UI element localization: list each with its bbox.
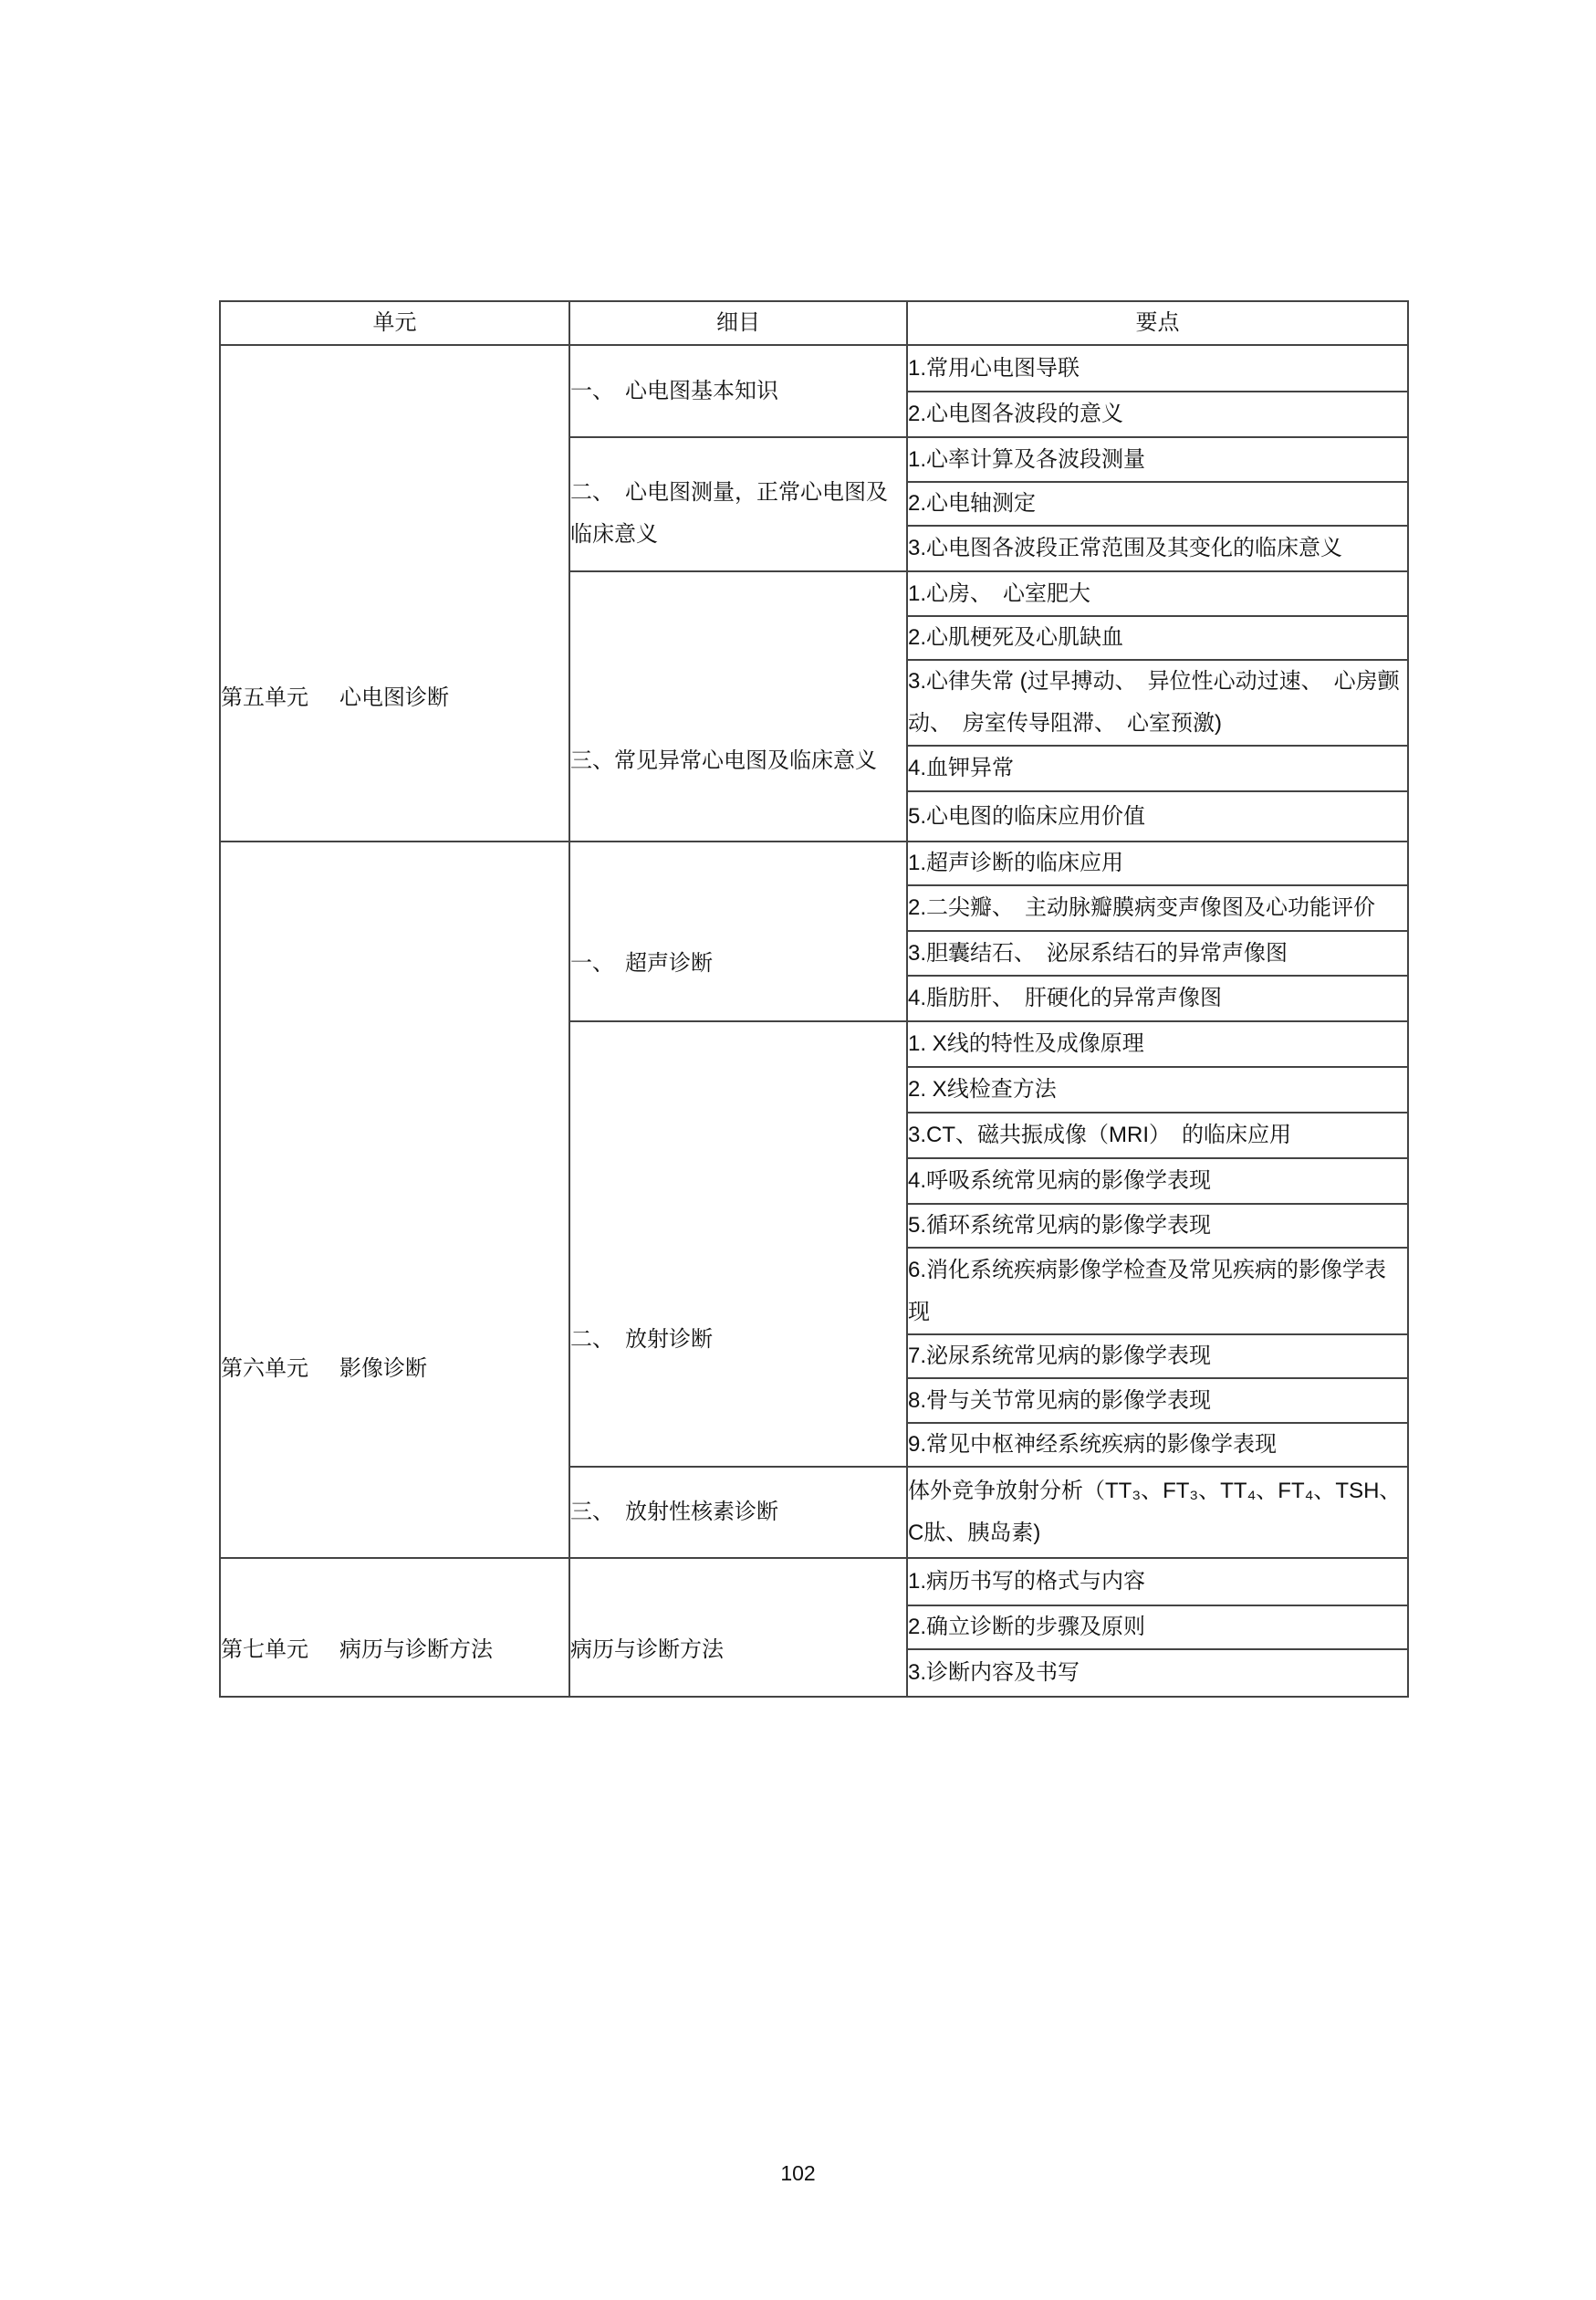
point-cell: 5.心电图的临床应用价值 <box>907 791 1408 842</box>
point-cell: 1.常用心电图导联 <box>907 345 1408 392</box>
item-cell: 病历与诊断方法 <box>569 1558 907 1697</box>
point-cell: 1.超声诊断的临床应用 <box>907 842 1408 885</box>
point-cell: 1.心房、 心室肥大 <box>907 571 1408 616</box>
point-cell: 4.脂肪肝、 肝硬化的异常声像图 <box>907 976 1408 1021</box>
point-cell: 3.心律失常 (过早搏动、 异位性心动过速、 心房颤动、 房室传导阻滞、 心室预… <box>907 660 1408 746</box>
unit-5-cell: 第五单元心电图诊断 <box>220 345 569 842</box>
point-cell: 1.病历书写的格式与内容 <box>907 1558 1408 1605</box>
point-cell: 7.泌尿系统常见病的影像学表现 <box>907 1334 1408 1378</box>
page-number: 102 <box>0 2161 1596 2186</box>
document-page: 单元 细目 要点 第五单元心电图诊断 一、 心电图基本知识 1.常用心电图导联 … <box>0 0 1596 2300</box>
item-label: 二、 放射诊断 <box>570 1319 906 1361</box>
item-cell: 一、 心电图基本知识 <box>569 345 907 437</box>
item-cell: 一、 超声诊断 <box>569 842 907 1021</box>
point-cell: 3.诊断内容及书写 <box>907 1649 1408 1697</box>
item-cell: 三、 放射性核素诊断 <box>569 1467 907 1558</box>
header-row: 单元 细目 要点 <box>220 301 1408 345</box>
point-cell: 3.CT、磁共振成像（MRI） 的临床应用 <box>907 1113 1408 1158</box>
item-label: 二、 心电图测量，正常心电图及临床意义 <box>570 472 906 556</box>
point-cell: 1.心率计算及各波段测量 <box>907 437 1408 482</box>
table-row: 第六单元影像诊断 一、 超声诊断 1.超声诊断的临床应用 <box>220 842 1408 885</box>
unit-6-cell: 第六单元影像诊断 <box>220 842 569 1558</box>
item-label: 一、 心电图基本知识 <box>570 371 906 413</box>
point-cell: 8.骨与关节常见病的影像学表现 <box>907 1378 1408 1423</box>
unit-number: 第七单元 <box>221 1637 308 1662</box>
item-label: 一、 超声诊断 <box>570 943 906 985</box>
item-cell: 二、 放射诊断 <box>569 1021 907 1467</box>
point-cell: 3.心电图各波段正常范围及其变化的临床意义 <box>907 526 1408 571</box>
unit-7-cell: 第七单元病历与诊断方法 <box>220 1558 569 1697</box>
point-cell: 2.心电轴测定 <box>907 482 1408 526</box>
unit-number: 第六单元 <box>221 1356 308 1381</box>
item-cell: 三、常见异常心电图及临床意义 <box>569 571 907 842</box>
point-cell: 2.二尖瓣、 主动脉瓣膜病变声像图及心功能评价 <box>907 885 1408 931</box>
point-cell: 4.血钾异常 <box>907 746 1408 791</box>
point-cell: 3.胆囊结石、 泌尿系结石的异常声像图 <box>907 931 1408 976</box>
point-cell: 体外竞争放射分析（TT₃、FT₃、TT₄、FT₄、TSH、C肽、胰岛素) <box>907 1467 1408 1558</box>
unit-title: 影像诊断 <box>339 1356 427 1381</box>
unit-number: 第五单元 <box>221 685 308 710</box>
col-header-point: 要点 <box>907 301 1408 345</box>
item-label: 三、 放射性核素诊断 <box>570 1491 906 1533</box>
col-header-unit: 单元 <box>220 301 569 345</box>
point-cell: 5.循环系统常见病的影像学表现 <box>907 1204 1408 1248</box>
col-header-item: 细目 <box>569 301 907 345</box>
point-cell: 2.确立诊断的步骤及原则 <box>907 1605 1408 1649</box>
syllabus-table: 单元 细目 要点 第五单元心电图诊断 一、 心电图基本知识 1.常用心电图导联 … <box>219 300 1409 1698</box>
table-row: 第七单元病历与诊断方法 病历与诊断方法 1.病历书写的格式与内容 <box>220 1558 1408 1605</box>
item-cell: 二、 心电图测量，正常心电图及临床意义 <box>569 437 907 571</box>
point-cell: 9.常见中枢神经系统疾病的影像学表现 <box>907 1423 1408 1467</box>
point-cell: 2. X线检查方法 <box>907 1067 1408 1113</box>
point-cell: 2.心电图各波段的意义 <box>907 392 1408 437</box>
item-label: 三、常见异常心电图及临床意义 <box>570 740 906 782</box>
table-row: 第五单元心电图诊断 一、 心电图基本知识 1.常用心电图导联 <box>220 345 1408 392</box>
item-label: 病历与诊断方法 <box>570 1629 906 1671</box>
unit-title: 病历与诊断方法 <box>339 1637 493 1662</box>
point-cell: 2.心肌梗死及心肌缺血 <box>907 616 1408 660</box>
unit-title: 心电图诊断 <box>339 685 449 710</box>
point-cell: 1. X线的特性及成像原理 <box>907 1021 1408 1067</box>
point-cell: 6.消化系统疾病影像学检查及常见疾病的影像学表现 <box>907 1248 1408 1334</box>
point-cell: 4.呼吸系统常见病的影像学表现 <box>907 1158 1408 1204</box>
